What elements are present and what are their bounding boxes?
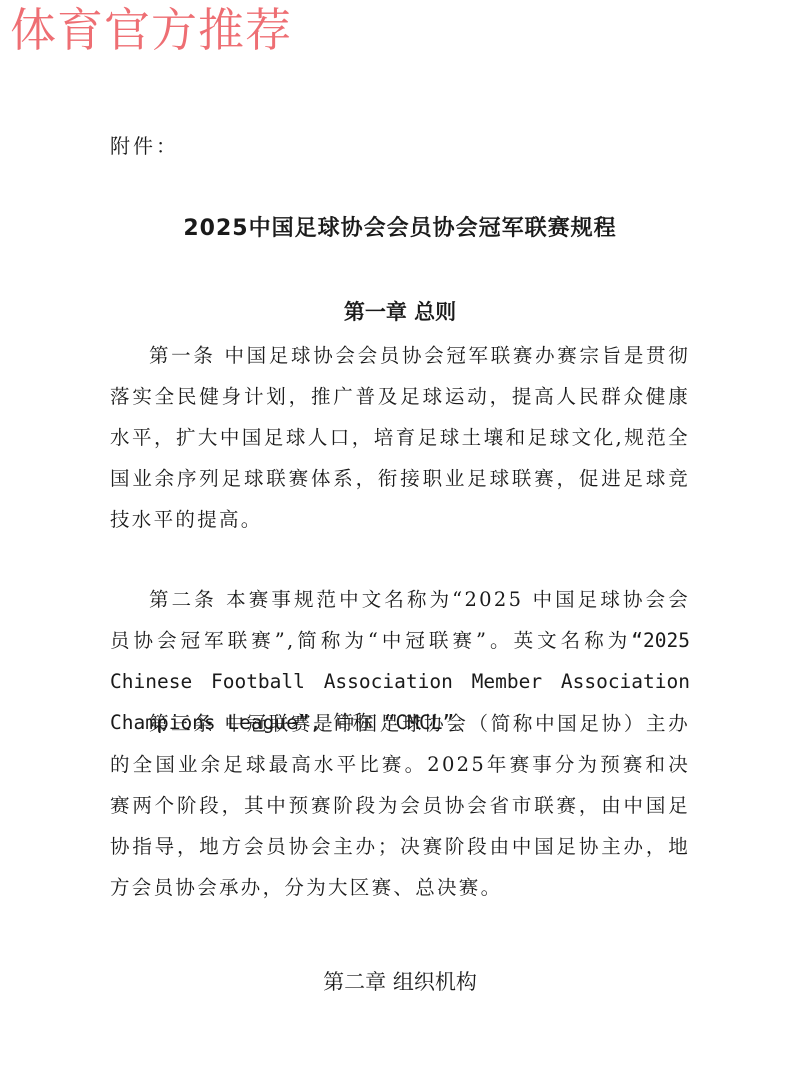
- attachment-label: 附件：: [110, 130, 179, 159]
- article-1: 第一条 中国足球协会会员协会冠军联赛办赛宗旨是贯彻落实全民健身计划，推广普及足球…: [110, 335, 690, 540]
- article-label: 第三条: [149, 712, 216, 735]
- article-3: 第三条 中冠联赛是中国足球协会（简称中国足协）主办的全国业余足球最高水平比赛。2…: [110, 703, 690, 908]
- document-title: 2025中国足球协会会员协会冠军联赛规程: [0, 211, 800, 242]
- article-label: 第二条: [149, 588, 217, 611]
- article-text: 中国足球协会会员协会冠军联赛办赛宗旨是贯彻落实全民健身计划，推广普及足球运动，提…: [110, 344, 690, 531]
- article-text: 中冠联赛是中国足球协会（简称中国足协）主办的全国业余足球最高水平比赛。2025年…: [110, 712, 690, 899]
- watermark: 体育官方推荐: [10, 2, 292, 58]
- chapter-heading-2: 第二章 组织机构: [0, 966, 800, 996]
- chapter-heading-1: 第一章 总则: [0, 296, 800, 326]
- article-label: 第一条: [149, 344, 216, 367]
